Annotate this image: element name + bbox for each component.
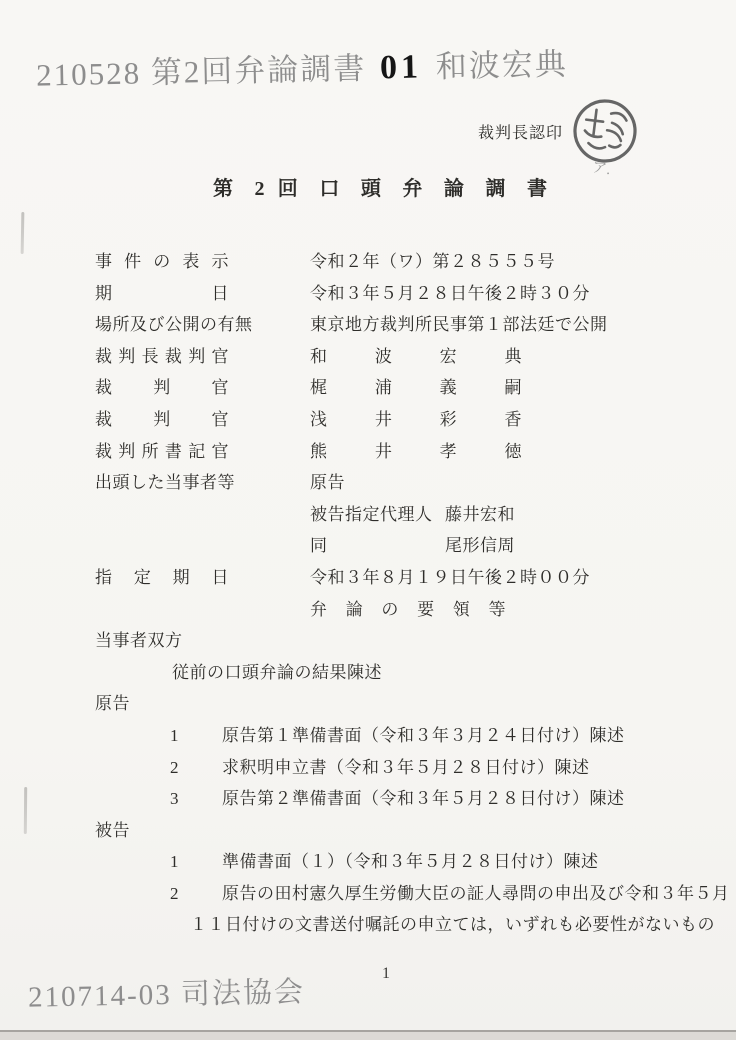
defendant-heading: 被告 xyxy=(95,815,705,847)
agent-name: 尾形信周 xyxy=(445,530,515,562)
item-text: 原告第２準備書面（令和３年５月２８日付け）陳述 xyxy=(222,783,625,815)
field-value: 令和２年（ワ）第２８５５５号 xyxy=(310,246,555,278)
field-label: 裁 判 長 裁 判 官 xyxy=(95,341,229,373)
document-body: 事 件 の 表 示 令和２年（ワ）第２８５５５号 期 日 令和３年５月２８日午後… xyxy=(95,246,705,941)
plaintiff-item: 1 原告第１準備書面（令和３年３月２４日付け）陳述 xyxy=(95,720,705,752)
judge-name: 和 波 宏 典 xyxy=(310,341,522,373)
item-text: 原告の田村憲久厚生労働大臣の証人尋問の申出及び令和３年５月 xyxy=(222,878,730,910)
item-number: 2 xyxy=(170,752,222,784)
scan-bottom-edge xyxy=(0,1030,736,1040)
handwritten-number: 01 xyxy=(376,48,427,86)
both-parties-heading: 当事者双方 xyxy=(95,625,705,657)
agent-name: 藤井宏和 xyxy=(445,499,515,531)
staple-mark xyxy=(24,787,27,834)
defendant-agent-row: 被告指定代理人 藤井宏和 xyxy=(95,499,705,531)
item-number: 3 xyxy=(170,783,222,815)
court-clerk-row: 裁 判 所 書 記 官 熊 井 孝 徳 xyxy=(95,436,705,468)
field-label xyxy=(95,499,229,531)
argument-summary-heading: 弁 論 の 要 領 等 xyxy=(310,594,506,626)
field-label: 指 定 期 日 xyxy=(95,562,229,594)
prior-result-statement: 従前の口頭弁論の結果陳述 xyxy=(95,657,705,689)
item-number: 1 xyxy=(170,846,222,878)
field-value: 東京地方裁判所民事第１部法廷で公開 xyxy=(310,309,608,341)
item-text: 準備書面（１）（令和３年５月２８日付け）陳述 xyxy=(222,846,599,878)
judge-row: 裁 判 官 浅 井 彩 香 xyxy=(95,404,705,436)
clerk-name: 熊 井 孝 徳 xyxy=(310,436,522,468)
field-value: 令和３年５月２８日午後２時３０分 xyxy=(310,278,590,310)
field-label: 事 件 の 表 示 xyxy=(95,246,229,278)
judge-name: 梶 浦 義 嗣 xyxy=(310,372,522,404)
handwritten-judge-name: 和波宏典 xyxy=(435,46,568,84)
defendant-item: 1 準備書面（１）（令和３年５月２８日付け）陳述 xyxy=(95,846,705,878)
appearing-parties-row: 出頭した当事者等 原告 xyxy=(95,467,705,499)
argument-summary-heading-row: 弁 論 の 要 領 等 xyxy=(95,594,705,626)
presiding-judge-seal-label: 裁判長認印 xyxy=(478,120,563,143)
defendant-item-continuation: １１日付けの文書送付嘱託の申立ては，いずれも必要性がないもの xyxy=(95,909,705,941)
defendant-item: 2 原告の田村憲久厚生労働大臣の証人尋問の申出及び令和３年５月 xyxy=(95,878,705,910)
handwritten-date-title: 210528 第2回弁論調書 xyxy=(36,51,367,93)
agent-role: 被告指定代理人 xyxy=(310,499,445,531)
field-label: 期 日 xyxy=(95,278,229,310)
field-value: 原告 xyxy=(310,467,345,499)
hearing-date-row: 期 日 令和３年５月２８日午後２時３０分 xyxy=(95,278,705,310)
page-number: 1 xyxy=(382,965,390,983)
judge-row: 裁 判 官 梶 浦 義 嗣 xyxy=(95,372,705,404)
field-label xyxy=(95,530,229,562)
field-value: 令和３年８月１９日午後２時００分 xyxy=(310,562,590,594)
plaintiff-item: 3 原告第２準備書面（令和３年５月２８日付け）陳述 xyxy=(95,783,705,815)
agent-role: 同 xyxy=(310,530,445,562)
next-date-row: 指 定 期 日 令和３年８月１９日午後２時００分 xyxy=(95,562,705,594)
field-label: 裁 判 官 xyxy=(95,372,229,404)
item-number: 1 xyxy=(170,720,222,752)
judge-name: 浅 井 彩 香 xyxy=(310,404,522,436)
presiding-judge-row: 裁 判 長 裁 判 官 和 波 宏 典 xyxy=(95,341,705,373)
item-number: 2 xyxy=(170,878,222,910)
field-label: 出頭した当事者等 xyxy=(95,467,229,499)
defendant-agent-row: 同 尾形信周 xyxy=(95,530,705,562)
document-title: 第 2 回 口 頭 弁 論 調 書 xyxy=(213,172,547,201)
place-publicity-row: 場所及び公開の有無 東京地方裁判所民事第１部法廷で公開 xyxy=(95,309,705,341)
plaintiff-item: 2 求釈明申立書（令和３年５月２８日付け）陳述 xyxy=(95,752,705,784)
item-text: 求釈明申立書（令和３年５月２８日付け）陳述 xyxy=(222,752,590,784)
field-label: 裁 判 官 xyxy=(95,404,229,436)
plaintiff-heading: 原告 xyxy=(95,688,705,720)
field-label: 裁 判 所 書 記 官 xyxy=(95,436,229,468)
field-label xyxy=(95,594,229,626)
item-text: 原告第１準備書面（令和３年３月２４日付け）陳述 xyxy=(222,720,625,752)
field-label: 場所及び公開の有無 xyxy=(95,309,229,341)
handwritten-seal-note: ア. xyxy=(591,156,613,179)
handwritten-bottom-annotation: 210714-03 司法協会 xyxy=(28,969,306,1015)
case-number-row: 事 件 の 表 示 令和２年（ワ）第２８５５５号 xyxy=(95,246,705,278)
